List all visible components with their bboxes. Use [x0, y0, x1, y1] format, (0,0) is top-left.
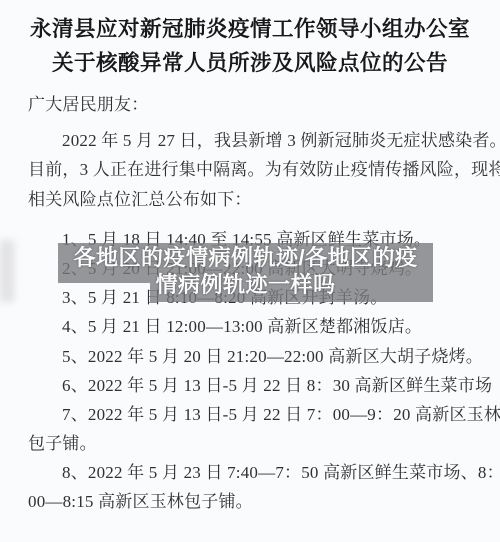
risk-item-8: 8、2022 年 5 月 23 日 7:40—7：50 高新区鲜生菜市场、8：	[28, 458, 480, 487]
risk-item-7: 7、2022 年 5 月 13 日-5 月 22 日 7：00—9：20 高新区…	[28, 400, 480, 429]
risk-item-5: 5、2022 年 5 月 20 日 21:20—22:00 高新区大胡子烧烤。	[28, 342, 480, 371]
risk-item-4: 4、5 月 21 日 12:00—13:00 高新区楚都湘饭店。	[28, 312, 480, 341]
notice-title: 永清县应对新冠肺炎疫情工作领导小组办公室 关于核酸异常人员所涉及风险点位的公告	[10, 12, 490, 80]
risk-item-6: 6、2022 年 5 月 13 日-5 月 22 日 8：30 高新区鲜生菜市场	[28, 371, 480, 400]
notice-title-line-2: 关于核酸异常人员所涉及风险点位的公告	[10, 46, 490, 80]
notice-body: 广大居民朋友： 2022 年 5 月 27 日，我县新增 3 例新冠肺炎无症状感…	[28, 90, 480, 517]
risk-item-8-cont: 00—8:15 高新区玉林包子铺。	[28, 487, 480, 516]
salutation: 广大居民朋友：	[28, 90, 480, 119]
photo-edge-shadow	[0, 240, 14, 302]
caption-line-2: 情病例轨迹一样吗	[58, 271, 433, 298]
notice-document-page: 永清县应对新冠肺炎疫情工作领导小组办公室 关于核酸异常人员所涉及风险点位的公告 …	[0, 0, 500, 542]
notice-title-line-1: 永清县应对新冠肺炎疫情工作领导小组办公室	[10, 12, 490, 46]
intro-line-3: 相关风险点位汇总公布如下：	[28, 185, 480, 214]
intro-line-1: 2022 年 5 月 27 日，我县新增 3 例新冠肺炎无症状感染者。	[28, 126, 480, 155]
caption-overlay: 各地区的疫情病例轨迹/各地区的疫 情病例轨迹一样吗	[58, 244, 433, 298]
intro-line-2: 目前，3 人正在进行集中隔离。为有效防止疫情传播风险，现将	[28, 155, 480, 184]
caption-line-1: 各地区的疫情病例轨迹/各地区的疫	[58, 244, 433, 271]
risk-item-7-cont: 包子铺。	[28, 429, 480, 458]
